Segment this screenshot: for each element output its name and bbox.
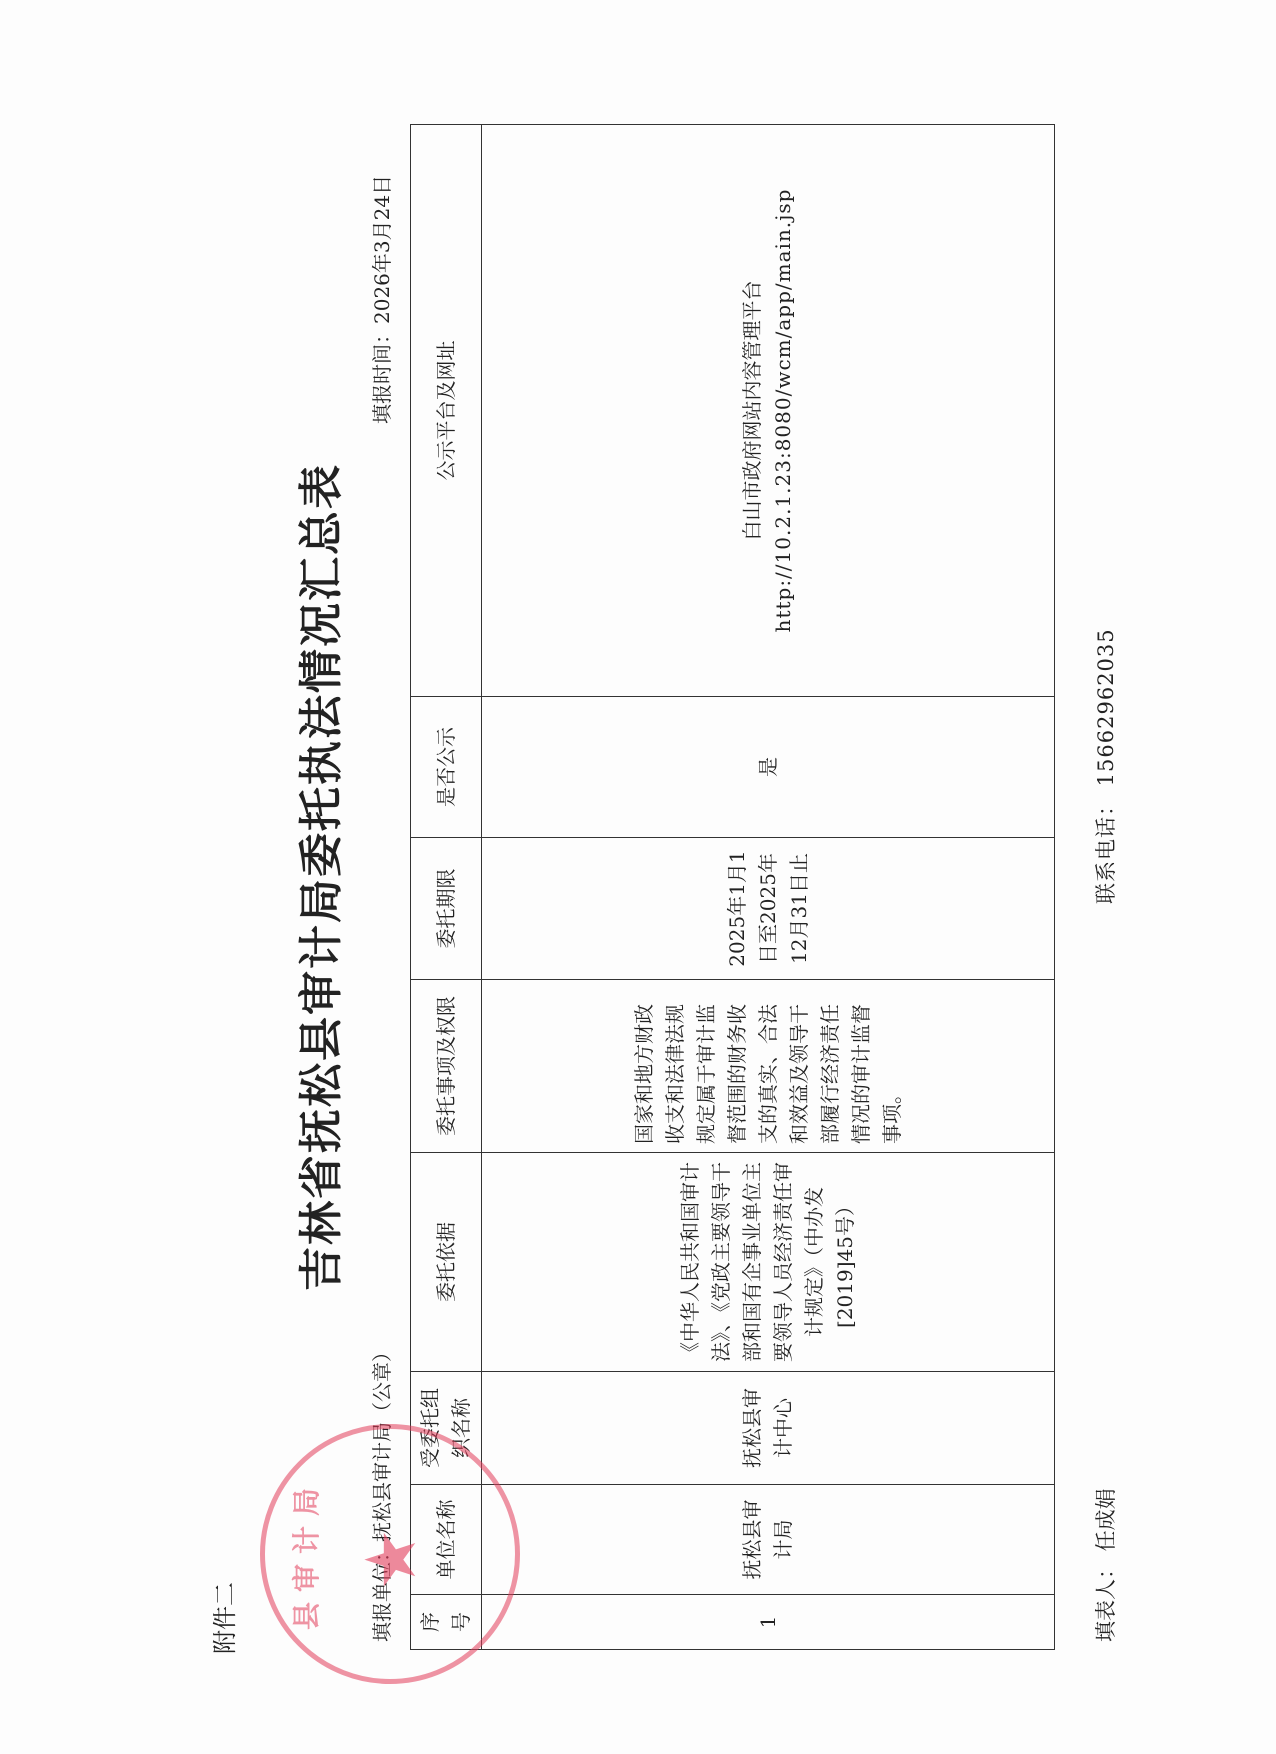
platform-name: 白山市政府网站内容管理平台	[737, 133, 768, 688]
table-header-row: 序号 单位名称 受委托组织名称 委托依据 委托事项及权限 委托期限 是否公示 公…	[411, 125, 482, 1650]
cell-no: 1	[482, 1595, 1055, 1650]
table-row: 1 抚松县审计局 抚松县审计中心 《中华人民共和国审计法》、《党政主要领导干部和…	[482, 125, 1055, 1650]
cell-unit: 抚松县审计局	[482, 1485, 1055, 1595]
cell-basis: 《中华人民共和国审计法》、《党政主要领导干部和国有企事业单位主要领导人员经济责任…	[482, 1153, 1055, 1372]
page-title: 吉林省抚松县审计局委托执法情况汇总表	[285, 0, 349, 1754]
cell-matters: 国家和地方财政收支和法律法规规定属于审计监督范围的财务收支的真实、合法和效益及领…	[482, 980, 1055, 1153]
col-header-matters: 委托事项及权限	[411, 980, 482, 1153]
col-header-publicized: 是否公示	[411, 697, 482, 838]
cell-publicized: 是	[482, 697, 1055, 838]
cell-period: 2025年1月1日至2025年12月31日止	[482, 838, 1055, 980]
cell-platform: 白山市政府网站内容管理平台 http://10.2.1.23:8080/wcm/…	[482, 125, 1055, 697]
reporting-date: 填报时间：2026年3月24日	[366, 175, 395, 424]
attachment-label: 附件二	[205, 1582, 240, 1654]
reporting-unit: 填报单位：抚松县审计局（公章）	[366, 1342, 395, 1642]
col-header-no: 序号	[411, 1595, 482, 1650]
col-header-unit: 单位名称	[411, 1485, 482, 1595]
summary-table: 序号 单位名称 受委托组织名称 委托依据 委托事项及权限 委托期限 是否公示 公…	[410, 124, 1055, 1650]
col-header-basis: 委托依据	[411, 1153, 482, 1372]
filler-name: 填表人： 任成娟	[1090, 1488, 1120, 1642]
rotated-page: 附件二 吉林省抚松县审计局委托执法情况汇总表 填报单位：抚松县审计局（公章） 填…	[0, 0, 1276, 1754]
col-header-platform: 公示平台及网址	[411, 125, 482, 697]
col-header-period: 委托期限	[411, 838, 482, 980]
cell-entrusted-org: 抚松县审计中心	[482, 1372, 1055, 1485]
contact-phone: 联系电话： 15662962035	[1090, 628, 1120, 904]
col-header-entrusted-org: 受委托组织名称	[411, 1372, 482, 1485]
platform-url: http://10.2.1.23:8080/wcm/app/main.jsp	[768, 133, 799, 688]
